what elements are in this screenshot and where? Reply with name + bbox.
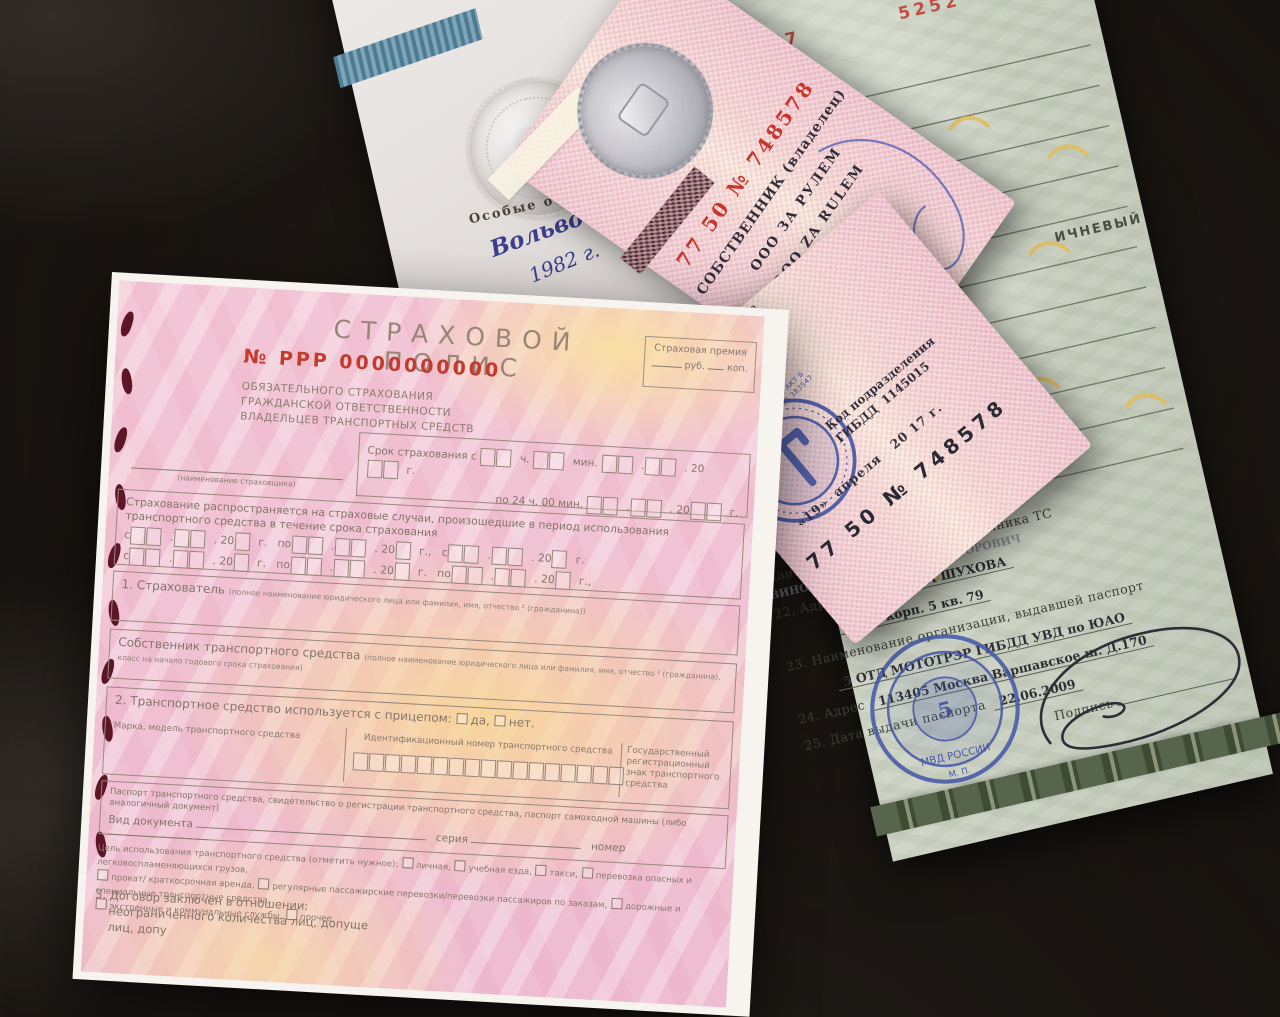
- photo-backdrop: 1. Иден Особые от. Вольво 1982 г. 77 525…: [0, 0, 1280, 800]
- premium-label: Страховая премия: [645, 342, 755, 359]
- make-label: Марка, модель транспортного средства: [113, 721, 313, 743]
- premium-box: Страховая премия руб. коп.: [642, 336, 757, 393]
- section1-label: 1. Страхователь: [121, 577, 225, 597]
- pts-series-number: 5252: [896, 0, 962, 24]
- section2-label: 2. Транспортное средство используется с …: [115, 693, 452, 726]
- owner-hint: (полное наименование юридического лица и…: [117, 653, 721, 682]
- policy-print-area: СТРАХОВОЙ ПОЛИС Страховая премия руб. ко…: [81, 280, 765, 800]
- vin-boxes: [352, 752, 625, 785]
- hour-boxes: [480, 448, 513, 468]
- policy-subtitle: ОБЯЗАТЕЛЬНОГО СТРАХОВАНИЯ ГРАЖДАНСКОЙ ОТ…: [240, 379, 476, 437]
- plate-label: Государственный регистрационный знак тра…: [625, 746, 731, 796]
- insurance-policy: СТРАХОВОЙ ПОЛИС Страховая премия руб. ко…: [72, 272, 788, 800]
- minute-boxes: [532, 451, 565, 471]
- section1-hint: (полное наименование юридического лица и…: [229, 587, 586, 616]
- trailer-no-checkbox: [495, 715, 507, 727]
- trailer-yes-checkbox: [456, 713, 468, 725]
